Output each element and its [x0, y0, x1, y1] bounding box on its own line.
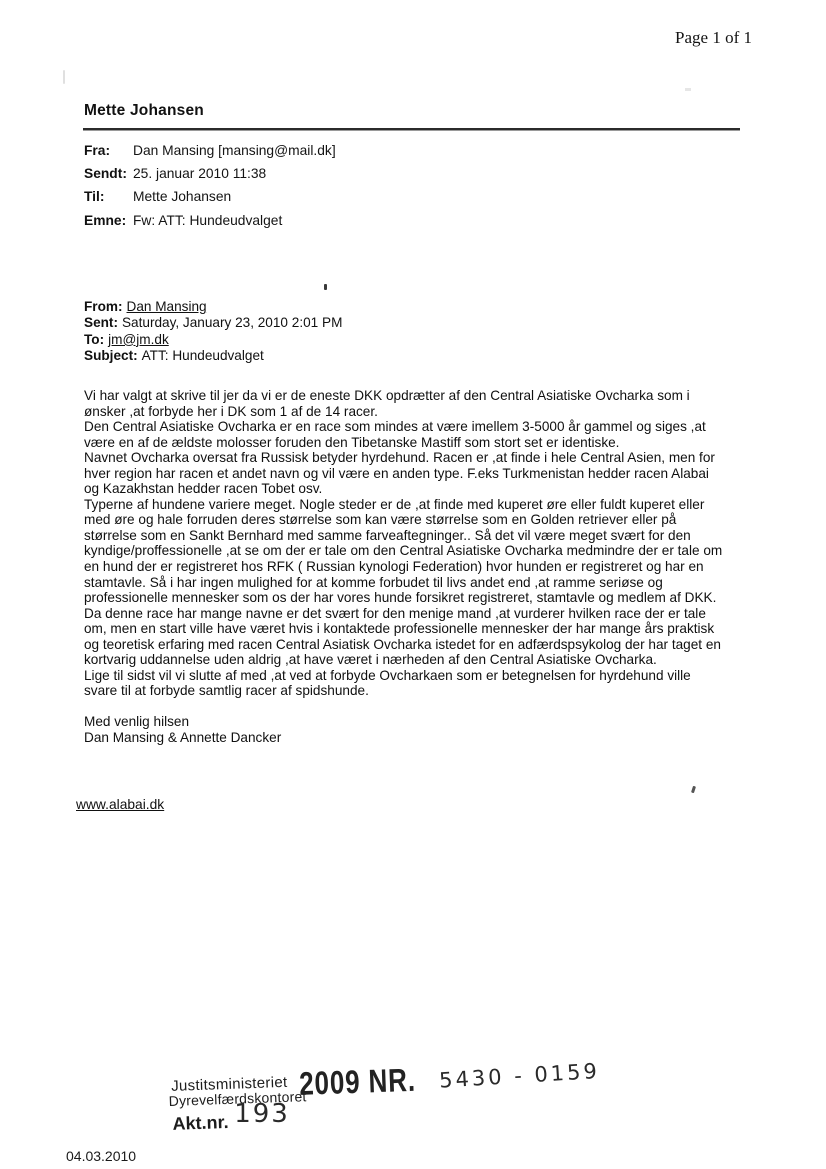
scan-speck	[63, 70, 65, 84]
scan-speck	[685, 88, 691, 91]
scan-date: 04.03.2010	[66, 1148, 136, 1164]
email-signature: Med venlig hilsen Dan Mansing & Annette …	[84, 714, 281, 746]
header-value-til: Mette Johansen	[133, 189, 231, 204]
fwd-from-line: From:Dan Mansing	[84, 299, 342, 315]
fwd-subject-label: Subject:	[84, 348, 138, 363]
email-body: Vi har valgt at skrive til jer da vi er …	[84, 388, 784, 699]
scanned-email-page: Page 1 of 1 Mette Johansen Fra:Dan Mansi…	[0, 0, 826, 1169]
scan-speck	[324, 284, 327, 290]
fwd-from-label: From:	[84, 299, 123, 314]
email-header-fields: Fra:Dan Mansing [mansing@mail.dk] Sendt:…	[84, 142, 336, 235]
fwd-sent-value: Saturday, January 23, 2010 2:01 PM	[122, 315, 342, 330]
fwd-from-value: Dan Mansing	[127, 299, 207, 314]
header-value-emne: Fw: ATT: Hundeudvalget	[133, 213, 282, 228]
stamp-case-number-handwritten: 5430 - 0159	[438, 1059, 600, 1093]
forwarded-email-header: From:Dan Mansing Sent:Saturday, January …	[84, 299, 342, 365]
header-label-sendt: Sendt:	[84, 165, 133, 183]
stamp-akt-number-handwritten: 193	[234, 1099, 290, 1129]
header-label-fra: Fra:	[84, 142, 133, 160]
fwd-subject-value: ATT: Hundeudvalget	[142, 348, 264, 363]
header-label-til: Til:	[84, 188, 133, 206]
header-row-til: Til:Mette Johansen	[84, 188, 336, 211]
ministry-stamp: Justitsministeriet Dyrevelfærdskontoret …	[157, 1052, 640, 1159]
recipient-name: Mette Johansen	[84, 102, 204, 120]
header-row-emne: Emne:Fw: ATT: Hundeudvalget	[84, 212, 336, 235]
header-row-sendt: Sendt:25. januar 2010 11:38	[84, 165, 336, 188]
stamp-year-nr: 2009 NR.	[299, 1061, 417, 1103]
header-label-emne: Emne:	[84, 212, 133, 230]
fwd-to-line: To:jm@jm.dk	[84, 332, 342, 348]
stamp-akt-label: Akt.nr.	[172, 1112, 229, 1135]
fwd-sent-line: Sent:Saturday, January 23, 2010 2:01 PM	[84, 315, 342, 331]
fwd-sent-label: Sent:	[84, 315, 118, 330]
header-value-sendt: 25. januar 2010 11:38	[133, 166, 266, 181]
website-link: www.alabai.dk	[76, 797, 164, 812]
fwd-subject-line: Subject:ATT: Hundeudvalget	[84, 348, 342, 364]
header-row-fra: Fra:Dan Mansing [mansing@mail.dk]	[84, 142, 336, 165]
page-number: Page 1 of 1	[675, 28, 752, 48]
fwd-to-value: jm@jm.dk	[108, 332, 169, 347]
header-value-fra: Dan Mansing [mansing@mail.dk]	[133, 143, 336, 158]
header-divider	[83, 128, 740, 130]
fwd-to-label: To:	[84, 332, 104, 347]
scan-speck	[691, 786, 696, 794]
